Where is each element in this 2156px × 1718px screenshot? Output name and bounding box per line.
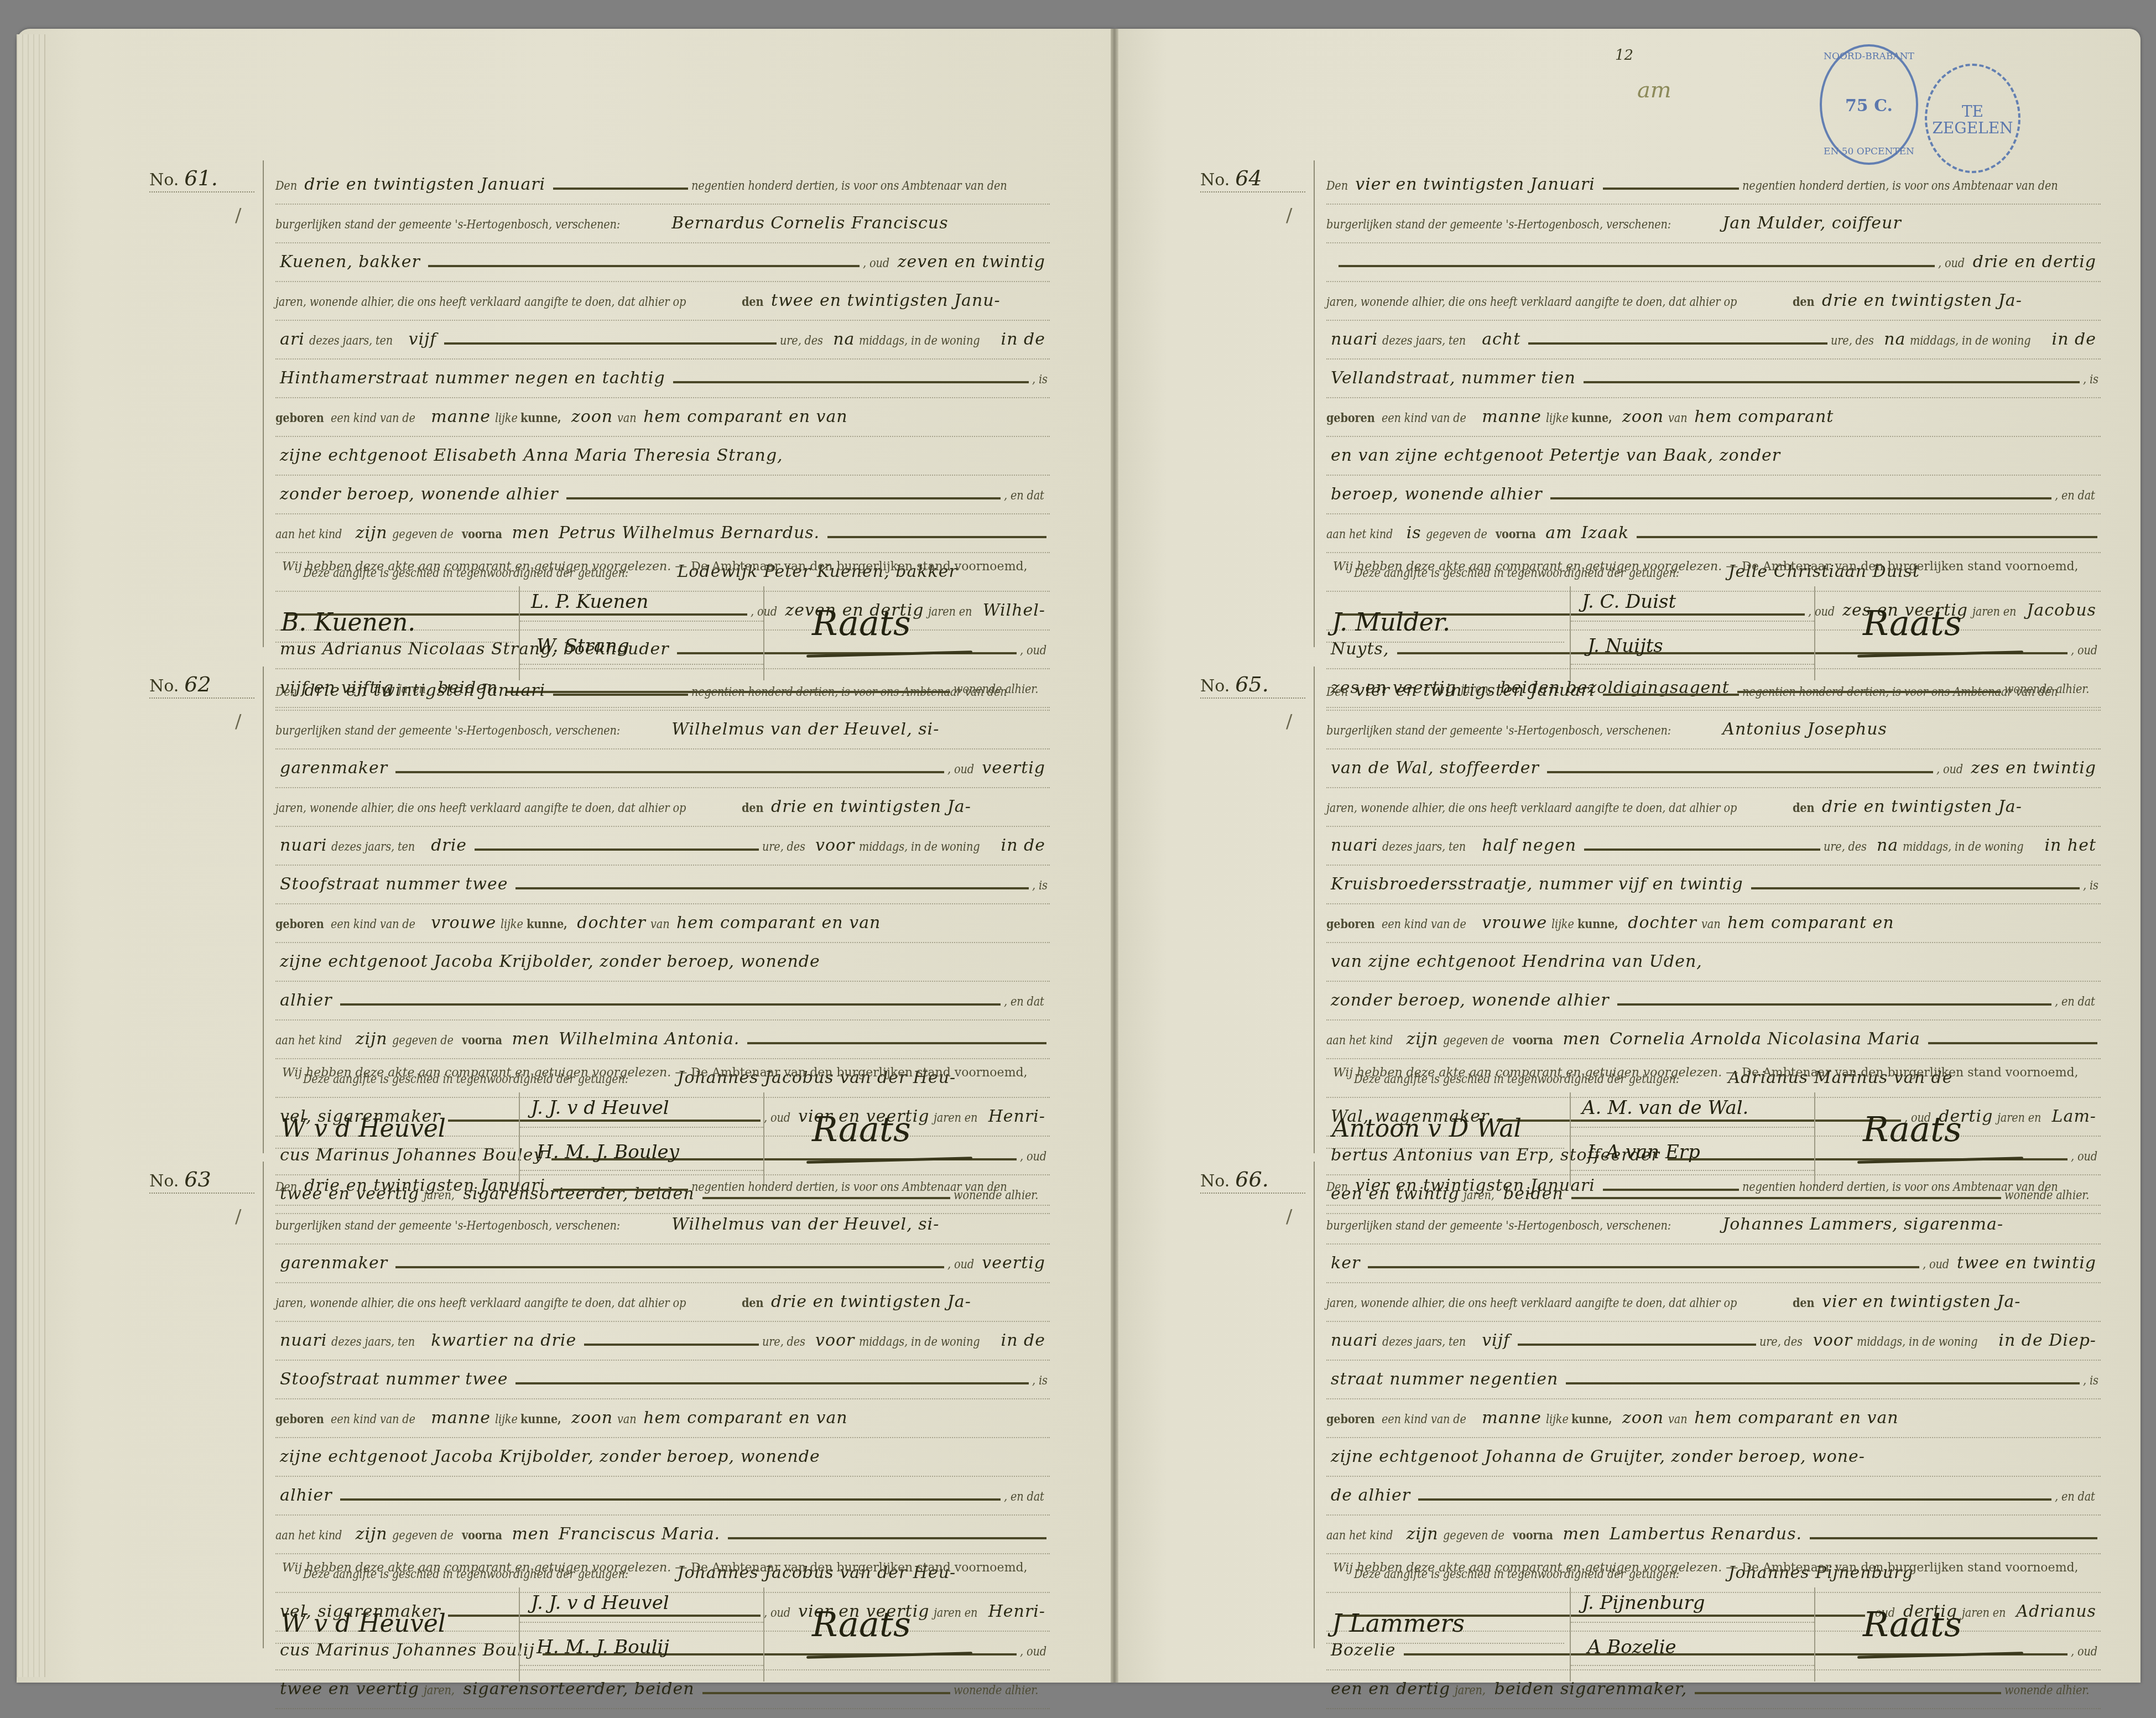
handwritten-date: drie en twintigsten Januari [304,672,545,710]
handwritten-parents-1: hem comparant en [1727,904,1894,942]
form-label: , en dat [1004,1478,1044,1516]
dotted-rule [520,621,763,622]
record-line: Kuenen, bakker, oudzeven en twintig [275,243,1050,282]
record-line: geboreneen kind van demannelijkekunne,zo… [275,398,1050,437]
stamp-bottom-text: EN 50 OPCENTEN [1822,146,1916,157]
clerk-initials: am [1637,77,1671,103]
handwritten-voor-na: na [1884,321,1905,358]
form-label: den [742,1284,763,1322]
record-line: geboreneen kind van demannelijkekunne,zo… [1326,1399,2101,1438]
record-line: zijne echtgenoot Johanna de Gruijter, zo… [1326,1438,2101,1477]
margin-rule [263,1162,264,1648]
handwritten-declarant-1: Antonius Josephus [1722,711,1887,748]
witness-signature-column: L. P. Kuenen W. Strang [519,586,764,680]
form-label: ure, des [1831,322,1874,360]
form-label: aan het kind [1326,1517,1393,1555]
filler-stroke [1566,1382,2080,1384]
margin-tick: / [1286,711,1292,733]
official-signature-column: Raats [1824,586,2090,680]
handwritten-place-1: in de [1001,321,1045,358]
handwritten-age: zes en twintig [1971,749,2096,787]
filler-stroke [515,887,1029,889]
form-label: , is [1032,361,1048,399]
filler-stroke [553,1189,688,1191]
filler-stroke [728,1537,1046,1539]
dotted-rule [520,1622,763,1623]
handwritten-place-1: in de [1001,827,1045,865]
dotted-rule [1571,1622,1814,1623]
filler-stroke [1603,188,1739,190]
signature-flourish [1857,1157,2023,1164]
handwritten-birth-date-1: drie en twintigsten Ja- [1822,282,2022,320]
official-signature: Raats [1863,1109,1962,1149]
official-signature-column: Raats [1824,1587,2090,1681]
birth-record-entry: No.66. / Denvier en twintigsten Januarin… [1200,1167,2107,1654]
record-line: , ouddrie en dertig [1326,243,2101,282]
margin-rule [263,667,264,1153]
record-number: No.64 [1200,166,1305,192]
record-line: aan het kindzijngegeven devoornamenWilhe… [275,1021,1050,1059]
witness-signature-column: J. Pijnenburg A Bozelie [1570,1587,1815,1681]
closing-statement: Wij hebben deze akte aan comparant en ge… [282,1561,1028,1575]
form-label: jaren, wonende alhier, die ons heeft ver… [275,790,686,827]
handwritten-parents-3: de alhier [1331,1477,1410,1514]
form-label: Den [1326,168,1348,205]
margin-rule [1314,160,1315,647]
signature-block: B. Kuenen. L. P. Kuenen W. Strang Raats [275,586,1050,686]
form-label: voorna [462,1022,502,1059]
witness-1-signature: J. J. v d Heuvel [531,1097,669,1119]
declarant-signature-column: W v d Heuvel [275,1587,513,1681]
form-label: middags, in de woning [859,1324,980,1361]
handwritten-parents-2: zijne echtgenoot Jacoba Krijbolder, zond… [280,943,820,981]
form-label: van [617,1401,636,1439]
record-line: jaren, wonende alhier, die ons heeft ver… [275,1283,1050,1322]
form-label: jaren, wonende alhier, die ons heeft ver… [1326,284,1737,321]
handwritten-voor-na: na [1877,827,1898,865]
form-label: Den [1326,674,1348,711]
handwritten-parents-2: en van zijne echtgenoot Petertje van Baa… [1331,437,1780,475]
form-label: geboren [275,399,324,437]
handwritten-sex: manne [431,1399,491,1437]
record-line: Denvier en twintigsten Januarinegentien … [1326,1167,2101,1206]
birth-record-entry: No.61. / Dendrie en twintigsten Januarin… [149,166,1056,653]
handwritten-age: veertig [982,1245,1045,1282]
margin-rule [1314,1162,1315,1648]
handwritten-voor-na: na [833,321,855,358]
form-label: negentien honderd dertien, is voor ons A… [1742,168,2058,205]
filler-stroke [566,497,1001,499]
filler-stroke [1637,536,2097,538]
handwritten-age: veertig [982,749,1045,787]
record-line: Stoofstraat nummer twee, is [275,1361,1050,1399]
dotted-rule [275,1148,513,1149]
dotted-rule [520,1665,763,1666]
filler-stroke [1695,1692,2001,1694]
handwritten-parents-3: zonder beroep, wonende alhier [280,476,559,513]
record-number: No.66. [1200,1167,1305,1194]
handwritten-date: vier en twintigsten Januari [1355,672,1595,710]
handwritten-place-2: Stoofstraat nummer twee [280,1361,508,1398]
form-label: aan het kind [275,1517,342,1555]
birth-record-entry: No.63 / Dendrie en twintigsten Januarine… [149,1167,1056,1654]
dotted-rule [1571,1127,1814,1128]
official-signature: Raats [1863,1604,1962,1644]
dotted-rule [520,1127,763,1128]
record-line: Dendrie en twintigsten Januarinegentien … [275,166,1050,205]
te-zegelen-stamp: TE ZEGELEN [1925,64,2020,173]
witness-1-signature: L. P. Kuenen [531,591,648,613]
signature-flourish [806,1652,972,1659]
declarant-signature: Antoon v D Wal [1332,1115,1522,1143]
form-label: ure, des [762,1324,805,1361]
form-label: jaren, wonende alhier, die ons heeft ver… [275,284,686,321]
form-label: Wij hebben deze akte aan comparant en ge… [282,1066,671,1080]
handwritten-birth-date-2: nuari [1331,1322,1378,1360]
handwritten-pronoun: zijn [1407,1021,1439,1058]
filler-stroke [475,848,758,851]
filler-stroke [1418,1498,2051,1501]
handwritten-voor-na: voor [1813,1322,1852,1360]
form-label: negentien honderd dertien, is voor ons A… [691,1169,1007,1206]
form-label: geboren [1326,905,1375,943]
form-label: , oud [1938,245,1965,283]
witness-2-signature: H. M. J. Boulij [537,1636,669,1658]
handwritten-place-2: straat nummer negentien [1331,1361,1558,1398]
handwritten-parents-2: van zijne echtgenoot Hendrina van Uden, [1331,943,1702,981]
handwritten-hour: half negen [1482,827,1576,865]
record-line: ker, oudtwee en twintig [1326,1245,2101,1283]
record-line: zijne echtgenoot Jacoba Krijbolder, zond… [275,943,1050,982]
witness-2-signature: H. M. J. Bouley [537,1141,679,1163]
handwritten-child-name: Petrus Wilhelmus Bernardus. [559,514,820,552]
handwritten-birth-date-1: drie en twintigsten Ja- [771,788,971,826]
form-label: jaren, wonende alhier, die ons heeft ver… [1326,790,1737,827]
witness-2-signature: A Bozelie [1587,1636,1676,1658]
handwritten-birth-date-1: vier en twintigsten Ja- [1822,1283,2020,1321]
record-line: Kruisbroedersstraatje, nummer vijf en tw… [1326,866,2101,904]
form-label: burgerlijken stand der gemeente 's-Herto… [275,712,620,750]
stamp-text: TE ZEGELEN [1927,103,2018,137]
handwritten-pronoun: zijn [356,514,388,552]
signature-block: J Lammers J. Pijnenburg A Bozelie Raats [1326,1587,2101,1687]
handwritten-no: 63 [184,1167,211,1191]
handwritten-declarant-2: garenmaker [280,749,388,787]
filler-stroke [428,265,860,267]
record-line: burgerlijken stand der gemeente 's-Herto… [275,205,1050,243]
record-number: No.61. [149,166,254,192]
handwritten-place-1: in het [2044,827,2096,865]
handwritten-sex: manne [1482,398,1542,436]
dotted-rule [1326,1643,1564,1644]
margin-rule [263,160,264,647]
closing-statement: Wij hebben deze akte aan comparant en ge… [282,1066,1028,1080]
handwritten-age: drie en dertig [1973,243,2096,281]
handwritten-no: 65. [1235,672,1268,696]
form-label: lijke [495,1401,518,1439]
handwritten-age: twee en twintig [1957,1245,2096,1282]
record-line: aan het kindzijngegeven devoornamenLambe… [1326,1516,2101,1554]
handwritten-parents-3: zonder beroep, wonende alhier [1331,982,1610,1019]
form-label: kunne, [1577,905,1618,943]
form-label: lijke [1551,906,1574,944]
form-label: lijke [501,906,523,944]
form-label: gegeven de [392,1022,454,1060]
declarant-signature: J Lammers [1332,1610,1465,1638]
form-label: Den [275,674,297,711]
handwritten-hour: drie [431,827,467,865]
record-line: aan het kindzijngegeven devoornamenFranc… [275,1516,1050,1554]
form-label: , en dat [2055,983,2095,1021]
form-label: burgerlijken stand der gemeente 's-Herto… [275,1207,620,1245]
form-label: geboren [1326,399,1375,437]
form-label: lijke [495,400,518,438]
birth-record-entry: No.65. / Denvier en twintigsten Januarin… [1200,672,2107,1159]
filler-stroke [1751,887,2080,889]
handwritten-place-2: Hinthamerstraat nummer negen en tachtig [280,360,665,397]
filler-stroke [1528,342,1827,345]
handwritten-child-name: Izaak [1581,514,1629,552]
form-label: een kind van de [1382,1401,1466,1439]
birth-record-entry: No.64 / Denvier en twintigsten Januarine… [1200,166,2107,653]
record-line: straat nummer negentien, is [1326,1361,2101,1399]
record-line: en van zijne echtgenoot Petertje van Baa… [1326,437,2101,476]
handwritten-name-suffix: am [1545,514,1572,552]
handwritten-name-suffix: men [1563,1516,1601,1553]
witness-1-signature: J. Pijnenburg [1582,1592,1705,1614]
witness-1-signature: J. J. v d Heuvel [531,1592,669,1614]
dotted-rule [275,1643,513,1644]
closing-statement: Wij hebben deze akte aan comparant en ge… [282,560,1028,574]
record-line: de alhier, en dat [1326,1477,2101,1516]
form-label: aan het kind [275,516,342,554]
form-label: Wij hebben deze akte aan comparant en ge… [1333,1066,1722,1080]
handwritten-parents-3: alhier [280,982,332,1019]
official-signature-column: Raats [773,1587,1039,1681]
record-line: jaren, wonende alhier, die ons heeft ver… [1326,1283,2101,1322]
record-line: nuaridezes jaars, tenachture, desnamidda… [1326,321,2101,360]
record-line: zonder beroep, wonende alhier, en dat [1326,982,2101,1021]
record-line: geboreneen kind van demannelijkekunne,zo… [1326,398,2101,437]
record-line: beroep, wonende alhier, en dat [1326,476,2101,514]
margin-tick: / [1286,1206,1292,1228]
handwritten-birth-date-1: drie en twintigsten Ja- [771,1283,971,1321]
record-line: alhier, en dat [275,1477,1050,1516]
margin-rule [1314,667,1315,1153]
form-label: gegeven de [1443,1022,1504,1060]
official-signature-column: Raats [773,586,1039,680]
handwritten-place-1: in de [2052,321,2096,358]
form-label: van [650,906,669,944]
form-label: middags, in de woning [1910,322,2030,360]
form-label: lijke [1546,400,1569,438]
form-label: een kind van de [331,906,415,944]
record-line: garenmaker, oudveertig [275,1245,1050,1283]
form-label: , oud [947,1246,974,1284]
handwritten-name-suffix: men [512,514,550,552]
handwritten-place-2: Kruisbroedersstraatje, nummer vijf en tw… [1331,866,1743,903]
handwritten-birth-date-2: nuari [1331,321,1378,358]
declarant-signature: W v d Heuvel [281,1115,446,1143]
handwritten-age: zeven en twintig [898,243,1045,281]
form-label: , en dat [2055,1478,2095,1516]
form-label: Wij hebben deze akte aan comparant en ge… [282,560,671,574]
handwritten-hour: vijf [1482,1322,1510,1360]
record-line: nuaridezes jaars, tenhalf negenure, desn… [1326,827,2101,866]
form-label: dezes jaars, ten [1382,1324,1466,1361]
record-line: Hinthamerstraat nummer negen en tachtig,… [275,360,1050,398]
form-label: den [1793,1284,1814,1322]
handwritten-voor-na: voor [815,1322,855,1360]
handwritten-declarant-1: Bernardus Cornelis Franciscus [671,205,948,242]
form-label: , oud [863,245,889,283]
handwritten-declarant-2: ker [1331,1245,1360,1282]
handwritten-child-name: Wilhelmina Antonia. [559,1021,740,1058]
form-label: geboren [1326,1401,1375,1438]
handwritten-name-suffix: men [1563,1021,1601,1058]
handwritten-no: 62 [184,672,211,696]
form-label: lijke [1546,1401,1569,1439]
form-label: jaren, wonende alhier, die ons heeft ver… [1326,1285,1737,1323]
form-label: burgerlijken stand der gemeente 's-Herto… [1326,1207,1671,1245]
form-label: , is [2083,361,2098,399]
filler-stroke [1603,1189,1739,1191]
handwritten-parents-2: zijne echtgenoot Johanna de Gruijter, zo… [1331,1438,1865,1476]
handwritten-child-name: Cornelia Arnolda Nicolasina Maria [1610,1021,1920,1058]
record-number: No.62 [149,672,254,699]
handwritten-sex: manne [431,398,491,436]
signature-flourish [1857,1652,2023,1659]
declarant-signature-column: J Lammers [1326,1587,1564,1681]
stamp-top-text: NOORD-BRABANT [1822,51,1916,62]
record-line: Vellandstraat, nummer tien, is [1326,360,2101,398]
closing-statement: Wij hebben deze akte aan comparant en ge… [1333,1066,2079,1080]
declarant-signature: J. Mulder. [1332,608,1450,637]
form-label: den [1793,283,1814,321]
record-line: Denvier en twintigsten Januarinegentien … [1326,672,2101,711]
handwritten-relation: zoon [1622,1399,1664,1437]
form-label: van [1668,1401,1687,1439]
form-label: dezes jaars, ten [1382,322,1466,360]
form-label: gegeven de [1443,1517,1504,1555]
dotted-rule [520,664,763,665]
form-label: Wij hebben deze akte aan comparant en ge… [1333,1561,1722,1575]
handwritten-parents-3: alhier [280,1477,332,1514]
form-label: dezes jaars, ten [309,322,393,360]
record-line: burgerlijken stand der gemeente 's-Herto… [1326,205,2101,243]
form-label: voorna [1496,516,1536,553]
handwritten-parents-1: hem comparant en van [643,1399,847,1437]
form-label: Den [275,168,297,205]
official-signature: Raats [1863,603,1962,643]
official-signature: Raats [812,1604,911,1644]
form-label: burgerlijken stand der gemeente 's-Herto… [1326,206,1671,244]
form-label: , en dat [1004,983,1044,1021]
handwritten-no: 66. [1235,1167,1268,1191]
handwritten-relation: dochter [1628,904,1697,942]
handwritten-relation: zoon [571,398,613,436]
form-label: kunne, [1571,1401,1612,1438]
record-line: zijne echtgenoot Elisabeth Anna Maria Th… [275,437,1050,476]
handwritten-relation: zoon [1622,398,1664,436]
record-line: burgerlijken stand der gemeente 's-Herto… [1326,711,2101,749]
handwritten-place-1: in de [1001,1322,1045,1360]
declarant-signature-column: B. Kuenen. [275,586,513,680]
form-label: negentien honderd dertien, is voor ons A… [1742,674,2058,711]
handwritten-sex: vrouwe [1482,904,1547,942]
handwritten-hour: acht [1482,321,1520,358]
form-label: negentien honderd dertien, is voor ons A… [691,168,1007,205]
declarant-signature-column: J. Mulder. [1326,586,1564,680]
handwritten-place-2: Vellandstraat, nummer tien [1331,360,1576,397]
form-label: voorna [1513,1517,1553,1554]
signature-flourish [806,1157,972,1164]
handwritten-pronoun: zijn [356,1516,388,1553]
form-label: gegeven de [1426,516,1487,554]
witness-signature-column: J. J. v d Heuvel H. M. J. Boulij [519,1587,764,1681]
filler-stroke [1368,1266,1919,1268]
filler-stroke [1928,1042,2097,1044]
filler-stroke [395,771,944,773]
record-line: jaren, wonende alhier, die ons heeft ver… [275,282,1050,321]
handwritten-child-name: Lambertus Renardus. [1610,1516,1802,1553]
handwritten-declarant-1: Jan Mulder, coiffeur [1722,205,1902,242]
form-label: aan het kind [275,1022,342,1060]
form-label: Wij hebben deze akte aan comparant en ge… [282,1561,671,1575]
margin-tick: / [235,1206,241,1228]
dotted-rule [1571,664,1814,665]
form-label: No. [1200,170,1230,190]
birth-record-entry: No.62 / Dendrie en twintigsten Januarine… [149,672,1056,1159]
form-label: — De Ambtenaar van den burgerlijken stan… [675,1561,1027,1575]
handwritten-parents-2: zijne echtgenoot Elisabeth Anna Maria Th… [280,437,783,475]
form-label: middags, in de woning [859,322,980,360]
form-label: , oud [1923,1246,1949,1284]
handwritten-parents-1: hem comparant en van [1694,1399,1898,1437]
handwritten-date: vier en twintigsten Januari [1355,1167,1595,1205]
handwritten-birth-date-1: drie en twintigsten Ja- [1822,788,2022,826]
form-label: aan het kind [1326,1022,1393,1060]
filler-stroke [395,1266,944,1268]
form-label: den [1793,789,1814,827]
form-label: geboren [275,1401,324,1438]
handwritten-birth-date-1: twee en twintigsten Janu- [771,282,1001,320]
filler-stroke [747,1042,1046,1044]
filler-stroke [553,188,688,190]
handwritten-pronoun: is [1407,514,1421,552]
handwritten-birth-date-2: nuari [1331,827,1378,865]
handwritten-child-name: Franciscus Maria. [559,1516,720,1553]
form-label: — De Ambtenaar van den burgerlijken stan… [1726,1066,2078,1080]
form-label: negentien honderd dertien, is voor ons A… [1742,1169,2058,1206]
handwritten-birth-date-2: ari [280,321,305,358]
dotted-rule [1571,621,1814,622]
handwritten-declarant-2: Kuenen, bakker [280,243,420,281]
filler-stroke [827,536,1046,538]
filler-stroke [702,1692,950,1694]
form-label: — De Ambtenaar van den burgerlijken stan… [675,560,1027,574]
record-number: No.65. [1200,672,1305,699]
form-label: — De Ambtenaar van den burgerlijken stan… [1726,560,2078,574]
form-label: dezes jaars, ten [331,829,415,866]
form-label: van [1668,400,1687,438]
filler-stroke [1547,771,1933,773]
form-label: den [742,789,763,827]
handwritten-declarant-2: garenmaker [280,1245,388,1282]
record-line: garenmaker, oudveertig [275,749,1050,788]
form-label: , is [1032,1362,1048,1400]
handwritten-parents-2: zijne echtgenoot Jacoba Krijbolder, zond… [280,1438,820,1476]
